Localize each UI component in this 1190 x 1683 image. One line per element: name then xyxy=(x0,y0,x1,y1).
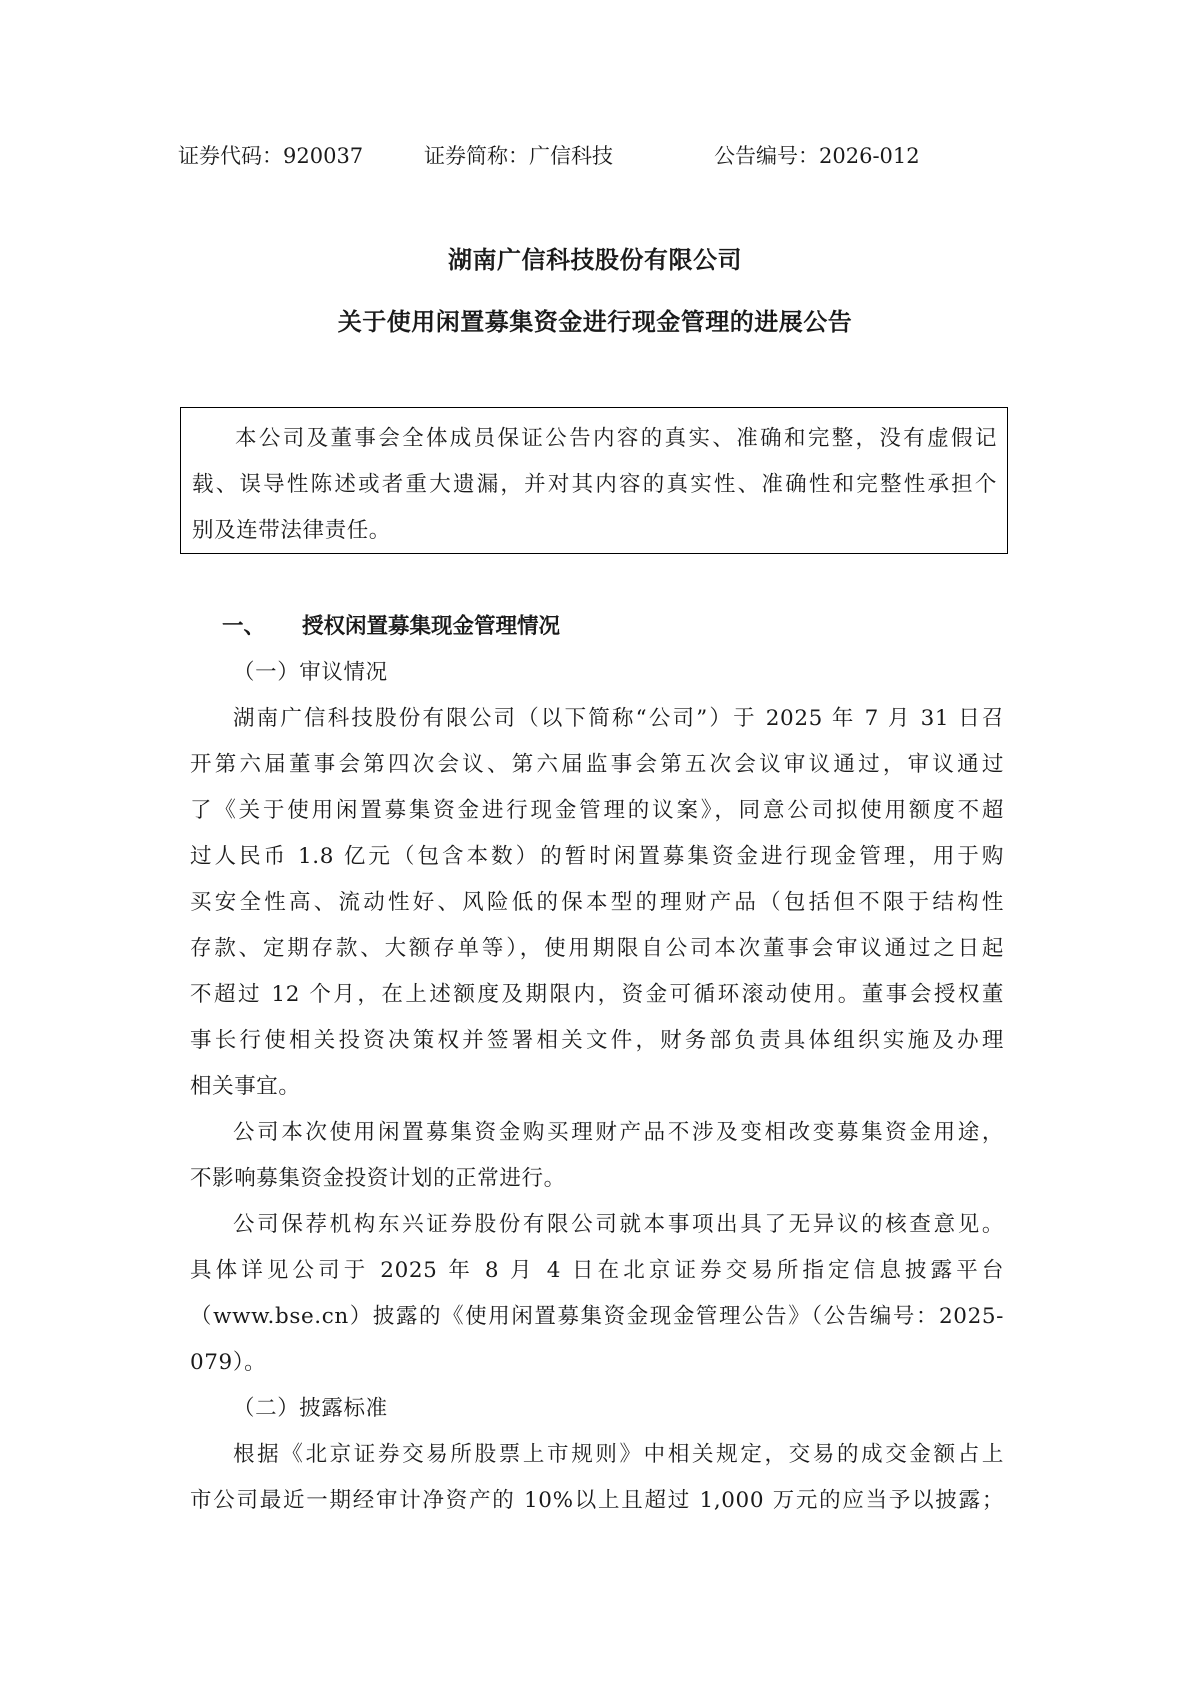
paragraph-usage: 公司本次使用闲置募集资金购买理财产品不涉及变相改变募集资金用途， 不影响募集资金… xyxy=(190,1110,1004,1202)
paragraph-line: 开第六届董事会第四次会议、第六届监事会第五次会议审议通过，审议通过 xyxy=(190,742,1004,788)
document-header: 证券代码：920037 证券简称：广信科技 公告编号：2026-012 xyxy=(178,140,958,170)
section-number: 一、 xyxy=(190,604,302,650)
paragraph-line: 市公司最近一期经审计净资产的 10%以上且超过 1,000 万元的应当予以披露； xyxy=(190,1478,1004,1524)
disclaimer-line: 载、误导性陈述或者重大遗漏，并对其内容的真实性、准确性和完整性承担个 xyxy=(192,462,997,508)
paragraph-line: 相关事宜。 xyxy=(190,1064,1004,1110)
paragraph-line: 过人民币 1.8 亿元（包含本数）的暂时闲置募集资金进行现金管理，用于购 xyxy=(190,834,1004,880)
paragraph-line: 具体详见公司于 2025 年 8 月 4 日在北京证券交易所指定信息披露平台 xyxy=(190,1248,1004,1294)
document-body: 一、 授权闲置募集现金管理情况 （一）审议情况 湖南广信科技股份有限公司（以下简… xyxy=(190,604,1004,1524)
subsection-heading: （二）披露标准 xyxy=(190,1386,1004,1432)
paragraph-line: （www.bse.cn）披露的《使用闲置募集资金现金管理公告》（公告编号：202… xyxy=(190,1294,1004,1340)
paragraph-line: 不影响募集资金投资计划的正常进行。 xyxy=(190,1156,1004,1202)
paragraph-line: 公司本次使用闲置募集资金购买理财产品不涉及变相改变募集资金用途， xyxy=(190,1110,1004,1156)
paragraph-review: 湖南广信科技股份有限公司（以下简称“公司”）于 2025 年 7 月 31 日召… xyxy=(190,696,1004,1110)
paragraph-line: 公司保荐机构东兴证券股份有限公司就本事项出具了无异议的核查意见。 xyxy=(190,1202,1004,1248)
paragraph-line: 079）。 xyxy=(190,1340,1004,1386)
disclaimer-box: 本公司及董事会全体成员保证公告内容的真实、准确和完整，没有虚假记 载、误导性陈述… xyxy=(180,407,1008,554)
announcement-title: 关于使用闲置募集资金进行现金管理的进展公告 xyxy=(0,302,1190,337)
disclaimer-line: 别及连带法律责任。 xyxy=(192,508,997,554)
paragraph-line: 湖南广信科技股份有限公司（以下简称“公司”）于 2025 年 7 月 31 日召 xyxy=(190,696,1004,742)
paragraph-disclosure-standard: 根据《北京证券交易所股票上市规则》中相关规定，交易的成交金额占上 市公司最近一期… xyxy=(190,1432,1004,1524)
paragraph-line: 买安全性高、流动性好、风险低的保本型的理财产品（包括但不限于结构性 xyxy=(190,880,1004,926)
stock-abbreviation: 证券简称：广信科技 xyxy=(424,140,714,170)
announcement-number: 公告编号：2026-012 xyxy=(714,140,920,170)
disclaimer-line: 本公司及董事会全体成员保证公告内容的真实、准确和完整，没有虚假记 xyxy=(192,416,997,462)
paragraph-line: 根据《北京证券交易所股票上市规则》中相关规定，交易的成交金额占上 xyxy=(190,1432,1004,1478)
subsection-heading: （一）审议情况 xyxy=(190,650,1004,696)
company-title: 湖南广信科技股份有限公司 xyxy=(0,240,1190,275)
stock-code: 证券代码：920037 xyxy=(178,140,424,170)
paragraph-line: 存款、定期存款、大额存单等），使用期限自公司本次董事会审议通过之日起 xyxy=(190,926,1004,972)
paragraph-line: 了《关于使用闲置募集资金进行现金管理的议案》，同意公司拟使用额度不超 xyxy=(190,788,1004,834)
section-heading: 一、 授权闲置募集现金管理情况 xyxy=(190,604,1004,650)
paragraph-sponsor: 公司保荐机构东兴证券股份有限公司就本事项出具了无异议的核查意见。 具体详见公司于… xyxy=(190,1202,1004,1386)
paragraph-line: 不超过 12 个月，在上述额度及期限内，资金可循环滚动使用。董事会授权董 xyxy=(190,972,1004,1018)
document-page: 证券代码：920037 证券简称：广信科技 公告编号：2026-012 湖南广信… xyxy=(0,0,1190,1683)
section-title: 授权闲置募集现金管理情况 xyxy=(302,604,560,650)
paragraph-line: 事长行使相关投资决策权并签署相关文件，财务部负责具体组织实施及办理 xyxy=(190,1018,1004,1064)
